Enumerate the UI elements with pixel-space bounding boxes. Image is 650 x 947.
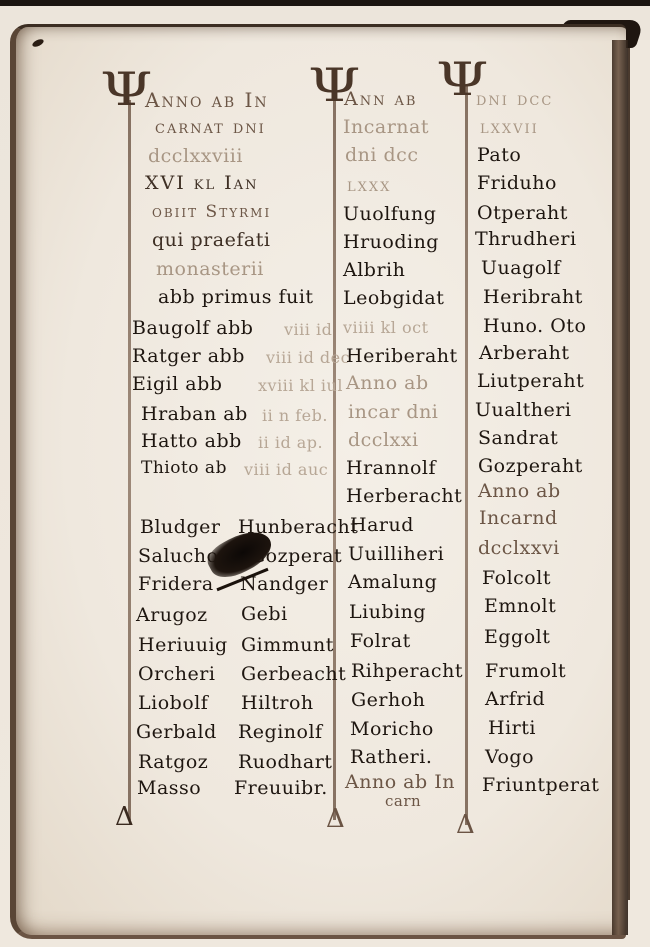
column-rule-1: [128, 100, 131, 820]
monk-name: Gerhoh: [351, 689, 425, 711]
footer-line: Anno ab In: [345, 771, 455, 793]
monk-name: Hrannolf: [346, 457, 436, 479]
monk-name: Eggolt: [484, 626, 550, 648]
monk-name: Gozperaht: [478, 455, 583, 477]
abbot-date: ii n feb.: [262, 406, 328, 425]
heading-line: lxxvii: [480, 116, 539, 138]
monk-name: Frumolt: [485, 660, 566, 682]
monk-name: Liutperaht: [477, 370, 584, 392]
heading-line: carnat dni: [155, 116, 266, 138]
monk-name: Emnolt: [484, 595, 556, 617]
monk-name: Vogo: [485, 746, 534, 768]
monk-name: Salucho: [138, 545, 218, 567]
leaf-edge-shadow: [612, 40, 628, 935]
heading-line: dni dcc: [476, 88, 553, 110]
heading-line: lxxx: [347, 174, 391, 196]
monk-name: Gerbeacht: [241, 663, 346, 685]
heading-line: monasterii: [156, 258, 264, 280]
heading-line: Ann ab: [344, 88, 417, 110]
monk-name: Heribraht: [483, 286, 583, 308]
monk-name: Folrat: [350, 630, 411, 652]
monk-name: Freuuibr.: [234, 777, 328, 799]
monk-name: Albrih: [343, 259, 405, 281]
column-rule-3: [465, 85, 468, 825]
arch-base-icon: Δ: [326, 806, 345, 832]
monk-name: Hiltroh: [241, 692, 314, 714]
footer-line: carn: [385, 792, 421, 810]
faded-note: Anno ab: [478, 480, 561, 502]
monk-name: Heriuuig: [138, 634, 228, 656]
abbot-name: Eigil abb: [132, 373, 222, 395]
monk-name: Gebi: [241, 603, 288, 625]
monk-name: Orcheri: [138, 663, 215, 685]
adjacent-leaf: [628, 40, 650, 900]
monk-name: Hruoding: [343, 231, 439, 253]
monk-name: Heriberaht: [346, 345, 458, 367]
monk-name: Hirti: [488, 717, 536, 739]
monk-name: Fridera: [138, 573, 214, 595]
monk-name: Masso: [137, 777, 201, 799]
column-rule-2: [333, 90, 336, 820]
abbot-name: Hraban ab: [141, 403, 248, 425]
monk-name: Leobgidat: [343, 287, 444, 309]
monk-name: Folcolt: [482, 567, 551, 589]
monk-name: Moricho: [350, 718, 434, 740]
monk-name: Huno. Oto: [483, 315, 586, 337]
monk-name: Arberaht: [479, 342, 570, 364]
abbot-name: Thioto ab: [141, 458, 227, 478]
abbot-date: ii id ap.: [258, 433, 323, 452]
abbot-name: Ratger abb: [132, 345, 245, 367]
arch-base-icon: Δ: [456, 812, 475, 838]
monk-name: Sandrat: [478, 427, 558, 449]
monk-name: Friuntperat: [482, 774, 599, 796]
monk-name: Bludger: [140, 516, 220, 538]
monk-name: Liobolf: [138, 692, 208, 714]
monk-name: Arfrid: [485, 688, 545, 710]
monk-name: Otperaht: [477, 202, 568, 224]
heading-line: Incarnat: [343, 116, 429, 138]
abbot-name: Baugolf abb: [132, 317, 253, 339]
faded-note: viiii kl oct: [343, 318, 429, 337]
monk-name: Rihperacht: [351, 660, 463, 682]
monk-name: Uualtheri: [475, 399, 571, 421]
abbot-date: viii id auc: [244, 460, 328, 479]
monk-name: Pato: [477, 144, 521, 166]
manuscript-photo: Ψ Ψ Ψ Δ Δ Δ Anno ab In carnat dni dcclxx…: [0, 0, 650, 947]
monk-name: Reginolf: [238, 721, 323, 743]
monk-name: Harud: [350, 514, 414, 536]
monk-name: Arugoz: [136, 604, 208, 626]
monk-name: Ratheri.: [350, 746, 432, 768]
monk-name: Amalung: [348, 571, 437, 593]
heading-line: Anno ab In: [145, 88, 269, 112]
faded-note: incar dni: [348, 401, 438, 423]
monk-name: Friduho: [477, 172, 557, 194]
heading-line: qui praefati: [152, 229, 270, 251]
faded-note: Anno ab: [346, 372, 429, 394]
heading-line: abb primus fuit: [158, 286, 314, 308]
heading-line: XVI kl Ian: [145, 172, 258, 194]
monk-name: Ratgoz: [138, 751, 208, 773]
monk-name: Thrudheri: [475, 228, 577, 250]
abbot-date: viii id: [284, 320, 332, 339]
abbot-date: viii id dec: [266, 348, 350, 367]
faded-note: Incarnd: [479, 507, 558, 529]
heading-line: obiit Styrmi: [152, 202, 271, 222]
abbot-date: xviii kl iul: [258, 376, 343, 395]
monk-name: Gerbald: [136, 721, 217, 743]
monk-name: Uuilliheri: [348, 543, 444, 565]
faded-note: dcclxxi: [348, 429, 419, 451]
arch-base-icon: Δ: [115, 804, 134, 830]
heading-line: dni dcc: [345, 144, 418, 166]
monk-name: Herberacht: [346, 485, 462, 507]
monk-name: Uuolfung: [343, 203, 436, 225]
abbot-name: Hatto abb: [141, 430, 242, 452]
heading-line: dcclxxviii: [148, 145, 243, 167]
monk-name: Uuagolf: [481, 257, 561, 279]
faded-note: dcclxxvi: [478, 537, 560, 559]
monk-name: Liubing: [349, 601, 426, 623]
monk-name: Gimmunt: [241, 634, 334, 656]
monk-name: Ruodhart: [238, 751, 332, 773]
